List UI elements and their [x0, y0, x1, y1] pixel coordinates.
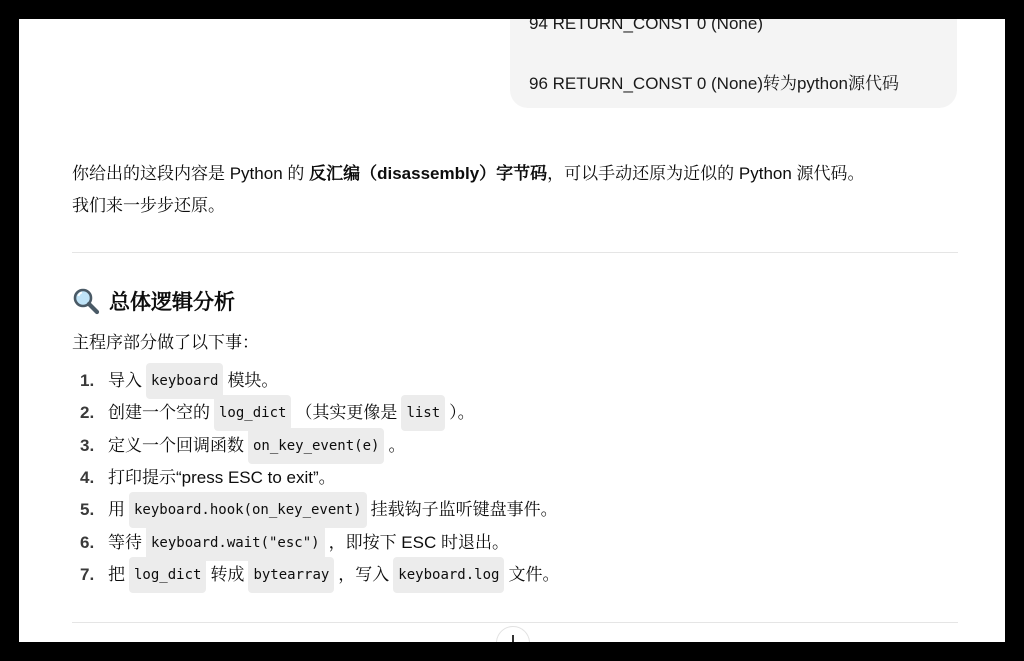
step-text: ，写入: [338, 559, 389, 591]
divider: [72, 252, 958, 253]
magnifier-icon: [72, 287, 100, 315]
step-text: 文件。: [508, 559, 559, 591]
step-text: 用: [108, 494, 125, 526]
user-message-line: 94 RETURN_CONST 0 (None): [529, 19, 763, 34]
step-text: 模块。: [227, 365, 278, 397]
step-text: 等待: [108, 527, 142, 559]
inline-code: keyboard: [146, 363, 223, 399]
list-number: 6.: [72, 527, 108, 559]
step-text: 挂载钩子监听键盘事件。: [371, 494, 558, 526]
step-text: 。: [388, 430, 405, 462]
inline-code: bytearray: [248, 557, 334, 593]
inline-code: list: [401, 395, 445, 431]
inline-code: on_key_event(e): [248, 428, 384, 464]
inline-code: keyboard.log: [393, 557, 504, 593]
list-item: 1. 导入keyboard模块。: [72, 365, 559, 397]
inline-code: keyboard.hook(on_key_event): [129, 492, 367, 528]
list-number: 5.: [72, 494, 108, 526]
divider: [72, 622, 958, 623]
section-lead: 主程序部分做了以下事：: [72, 329, 259, 357]
step-text: 把: [108, 559, 125, 591]
step-text: 打印提示“press ESC to exit”。: [108, 462, 336, 494]
step-text: （其实更像是: [295, 397, 397, 429]
step-text: 创建一个空的: [108, 397, 210, 429]
list-number: 1.: [72, 365, 108, 397]
list-item: 2. 创建一个空的log_dict（其实更像是list）。: [72, 397, 559, 429]
inline-code: log_dict: [129, 557, 206, 593]
step-text: ）。: [449, 397, 475, 429]
list-item: 6. 等待keyboard.wait("esc")，即按下 ESC 时退出。: [72, 526, 559, 558]
chat-page: 94 RETURN_CONST 0 (None) 96 RETURN_CONST…: [19, 19, 1005, 642]
step-text: 定义一个回调函数: [108, 430, 244, 462]
inline-code: keyboard.wait("esc"): [146, 525, 325, 561]
list-number: 7.: [72, 559, 108, 591]
list-item: 4. 打印提示“press ESC to exit”。: [72, 462, 559, 494]
list-item: 5. 用keyboard.hook(on_key_event)挂载钩子监听键盘事…: [72, 494, 559, 526]
list-number: 3.: [72, 430, 108, 462]
user-message-line: 96 RETURN_CONST 0 (None)转为python源代码: [529, 69, 899, 94]
list-number: 4.: [72, 462, 108, 494]
steps-list: 1. 导入keyboard模块。 2. 创建一个空的log_dict（其实更像是…: [72, 365, 559, 591]
section-heading: 总体逻辑分析: [72, 285, 235, 317]
intro-bold: 反汇编（disassembly）字节码: [309, 164, 547, 183]
intro-text: 我们来一步步还原。: [72, 196, 225, 215]
user-message-bubble: 94 RETURN_CONST 0 (None) 96 RETURN_CONST…: [510, 19, 957, 108]
step-text: 导入: [108, 365, 142, 397]
step-text: 转成: [210, 559, 244, 591]
scroll-to-bottom-button[interactable]: [496, 626, 530, 642]
list-item: 7. 把log_dict转成bytearray，写入keyboard.log文件…: [72, 559, 559, 591]
intro-text: ，可以手动还原为近似的 Python 源代码。: [547, 164, 864, 183]
section-title-text: 总体逻辑分析: [109, 286, 235, 316]
intro-text: 你给出的这段内容是 Python 的: [72, 164, 309, 183]
inline-code: log_dict: [214, 395, 291, 431]
intro-paragraph: 你给出的这段内容是 Python 的 反汇编（disassembly）字节码，可…: [72, 158, 958, 222]
list-item: 3. 定义一个回调函数on_key_event(e)。: [72, 430, 559, 462]
step-text: ，即按下 ESC 时退出。: [329, 527, 509, 559]
list-number: 2.: [72, 397, 108, 429]
arrow-down-icon: [512, 635, 514, 642]
